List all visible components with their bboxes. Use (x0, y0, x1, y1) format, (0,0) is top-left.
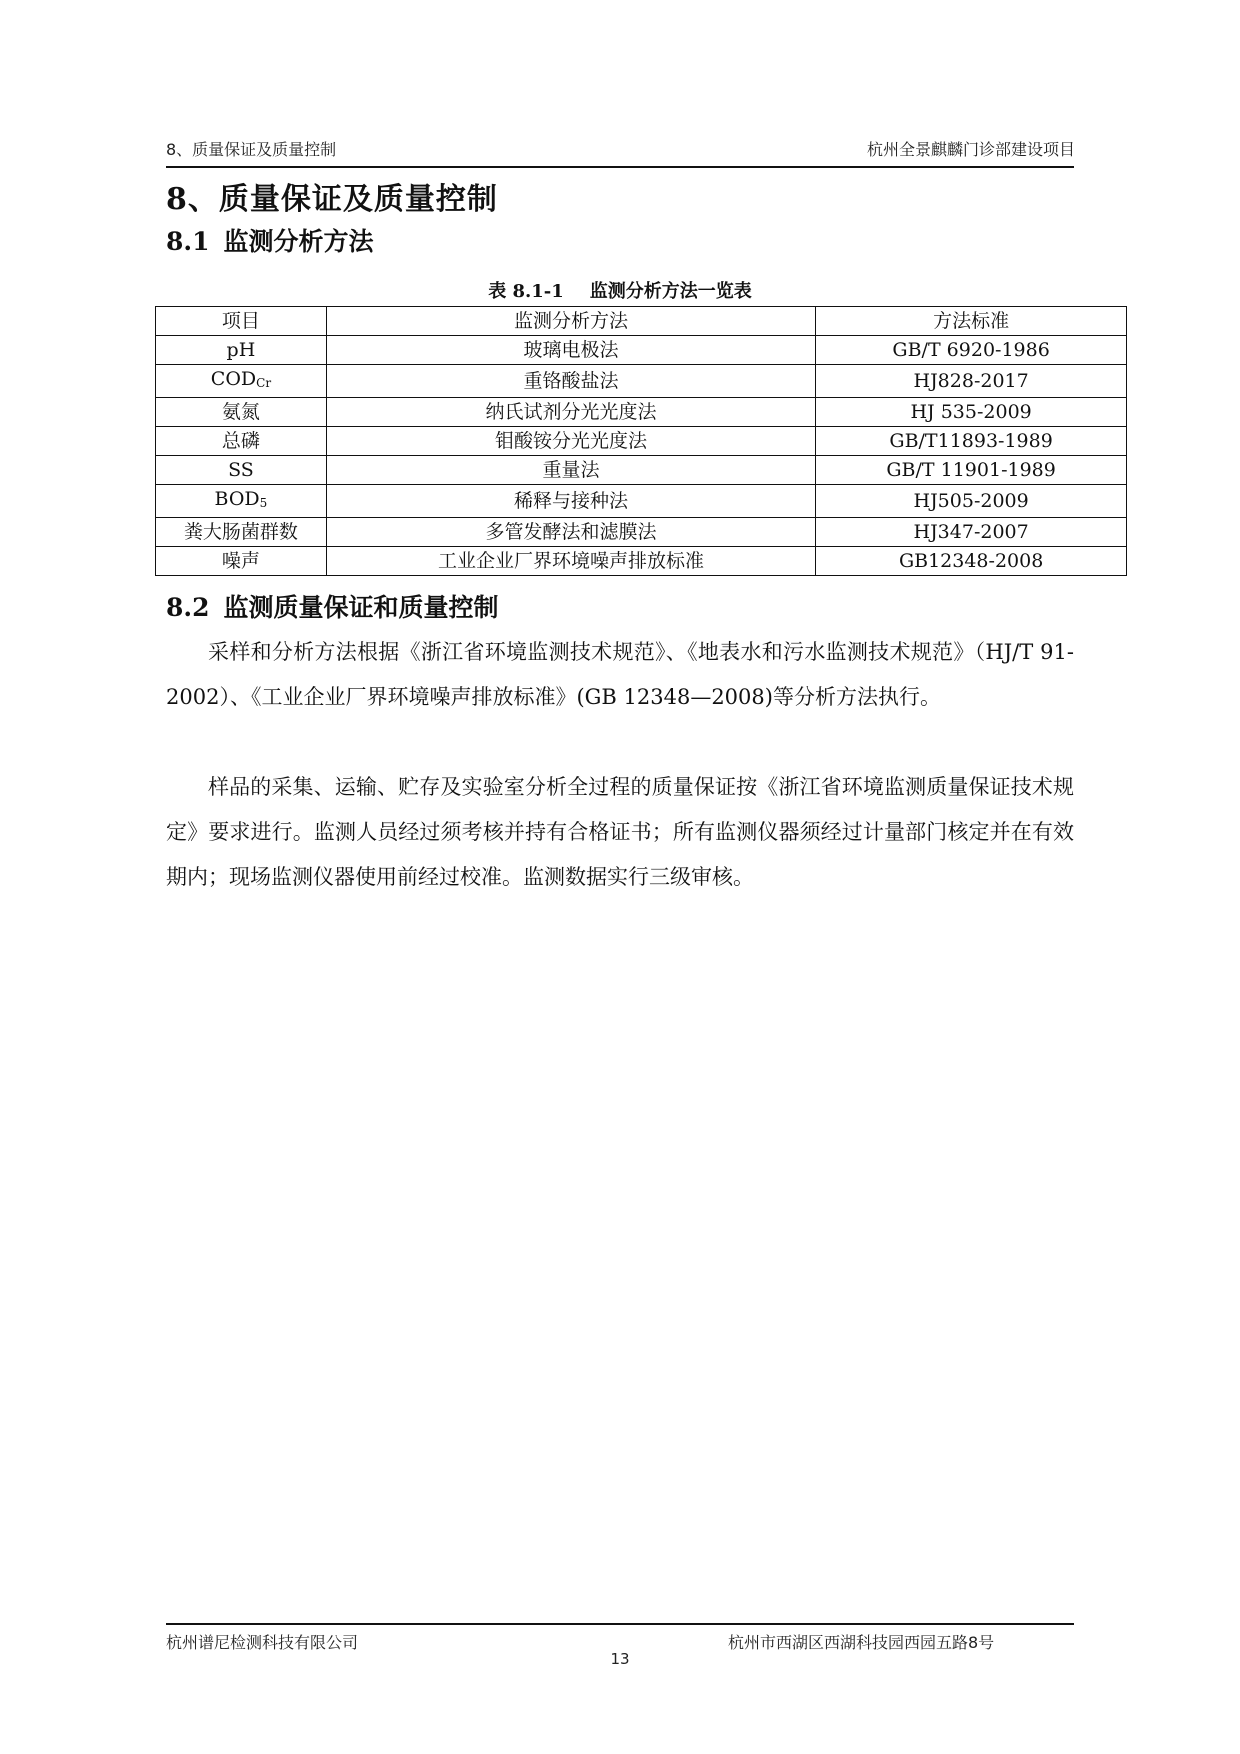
table-row: 噪声 工业企业厂界环境噪声排放标准 GB12348-2008 (156, 547, 1127, 576)
cell-standard: HJ505-2009 (816, 485, 1127, 518)
footer-rule (166, 1623, 1074, 1625)
paragraph-methods-basis: 采样和分析方法根据《浙江省环境监测技术规范》、《地表水和污水监测技术规范》（HJ… (166, 630, 1074, 720)
section-number: 8.1 (166, 227, 210, 256)
cell-item: 噪声 (156, 547, 327, 576)
item-text: SS (228, 459, 254, 481)
column-header-method: 监测分析方法 (326, 307, 815, 336)
cell-item: SS (156, 456, 327, 485)
section-number: 8.2 (166, 593, 210, 622)
table-row: pH 玻璃电极法 GB/T 6920-1986 (156, 336, 1127, 365)
item-subscript: 5 (260, 496, 268, 510)
section-heading-8-2: 8.2监测质量保证和质量控制 (166, 588, 499, 624)
table-header-row: 项目 监测分析方法 方法标准 (156, 307, 1127, 336)
item-text: COD (211, 368, 256, 390)
cell-standard: GB/T 11901-1989 (816, 456, 1127, 485)
table-row: CODCr 重铬酸盐法 HJ828-2017 (156, 365, 1127, 398)
item-text: pH (227, 339, 256, 361)
cell-standard: GB/T11893-1989 (816, 427, 1127, 456)
table-caption: 表 8.1-1监测分析方法一览表 (0, 277, 1240, 303)
cell-method: 钼酸铵分光光度法 (326, 427, 815, 456)
paragraph-text: 采样和分析方法根据《浙江省环境监测技术规范》、《地表水和污水监测技术规范》（HJ… (166, 630, 1074, 720)
cell-item: 粪大肠菌群数 (156, 518, 327, 547)
table-caption-number: 表 8.1-1 (488, 281, 564, 302)
page-number: 13 (0, 1650, 1240, 1668)
table-row: 氨氮 纳氏试剂分光光度法 HJ 535-2009 (156, 398, 1127, 427)
cell-method: 玻璃电极法 (326, 336, 815, 365)
item-text: BOD (215, 488, 260, 510)
cell-standard: GB12348-2008 (816, 547, 1127, 576)
section-title: 监测质量保证和质量控制 (224, 593, 499, 622)
cell-standard: GB/T 6920-1986 (816, 336, 1127, 365)
item-text: 总磷 (222, 430, 260, 452)
cell-item: CODCr (156, 365, 327, 398)
table-row: 总磷 钼酸铵分光光度法 GB/T11893-1989 (156, 427, 1127, 456)
running-header-project: 杭州全景麒麟门诊部建设项目 (867, 137, 1075, 160)
paragraph-text: 样品的采集、运输、贮存及实验室分析全过程的质量保证按《浙江省环境监测质量保证技术… (166, 765, 1074, 900)
item-text: 粪大肠菌群数 (184, 521, 298, 543)
cell-method: 稀释与接种法 (326, 485, 815, 518)
column-header-standard: 方法标准 (816, 307, 1127, 336)
cell-standard: HJ828-2017 (816, 365, 1127, 398)
table-row: SS 重量法 GB/T 11901-1989 (156, 456, 1127, 485)
running-header-chapter: 8、质量保证及质量控制 (166, 137, 336, 160)
table-row: BOD5 稀释与接种法 HJ505-2009 (156, 485, 1127, 518)
section-heading-8-1: 8.1监测分析方法 (166, 222, 374, 258)
cell-method: 重量法 (326, 456, 815, 485)
monitoring-methods-table: 项目 监测分析方法 方法标准 pH 玻璃电极法 GB/T 6920-1986 C… (155, 306, 1127, 576)
cell-method: 工业企业厂界环境噪声排放标准 (326, 547, 815, 576)
table-caption-title: 监测分析方法一览表 (590, 281, 752, 302)
cell-standard: HJ347-2007 (816, 518, 1127, 547)
section-title: 监测分析方法 (224, 227, 374, 256)
cell-item: BOD5 (156, 485, 327, 518)
item-subscript: Cr (256, 376, 271, 390)
table-row: 粪大肠菌群数 多管发酵法和滤膜法 HJ347-2007 (156, 518, 1127, 547)
header-rule (166, 166, 1074, 168)
cell-item: 氨氮 (156, 398, 327, 427)
cell-method: 纳氏试剂分光光度法 (326, 398, 815, 427)
paragraph-quality-assurance: 样品的采集、运输、贮存及实验室分析全过程的质量保证按《浙江省环境监测质量保证技术… (166, 765, 1074, 900)
cell-method: 多管发酵法和滤膜法 (326, 518, 815, 547)
cell-item: 总磷 (156, 427, 327, 456)
cell-standard: HJ 535-2009 (816, 398, 1127, 427)
column-header-item: 项目 (156, 307, 327, 336)
item-text: 噪声 (222, 550, 260, 572)
cell-method: 重铬酸盐法 (326, 365, 815, 398)
item-text: 氨氮 (222, 401, 260, 423)
chapter-title: 8、质量保证及质量控制 (166, 174, 498, 218)
cell-item: pH (156, 336, 327, 365)
